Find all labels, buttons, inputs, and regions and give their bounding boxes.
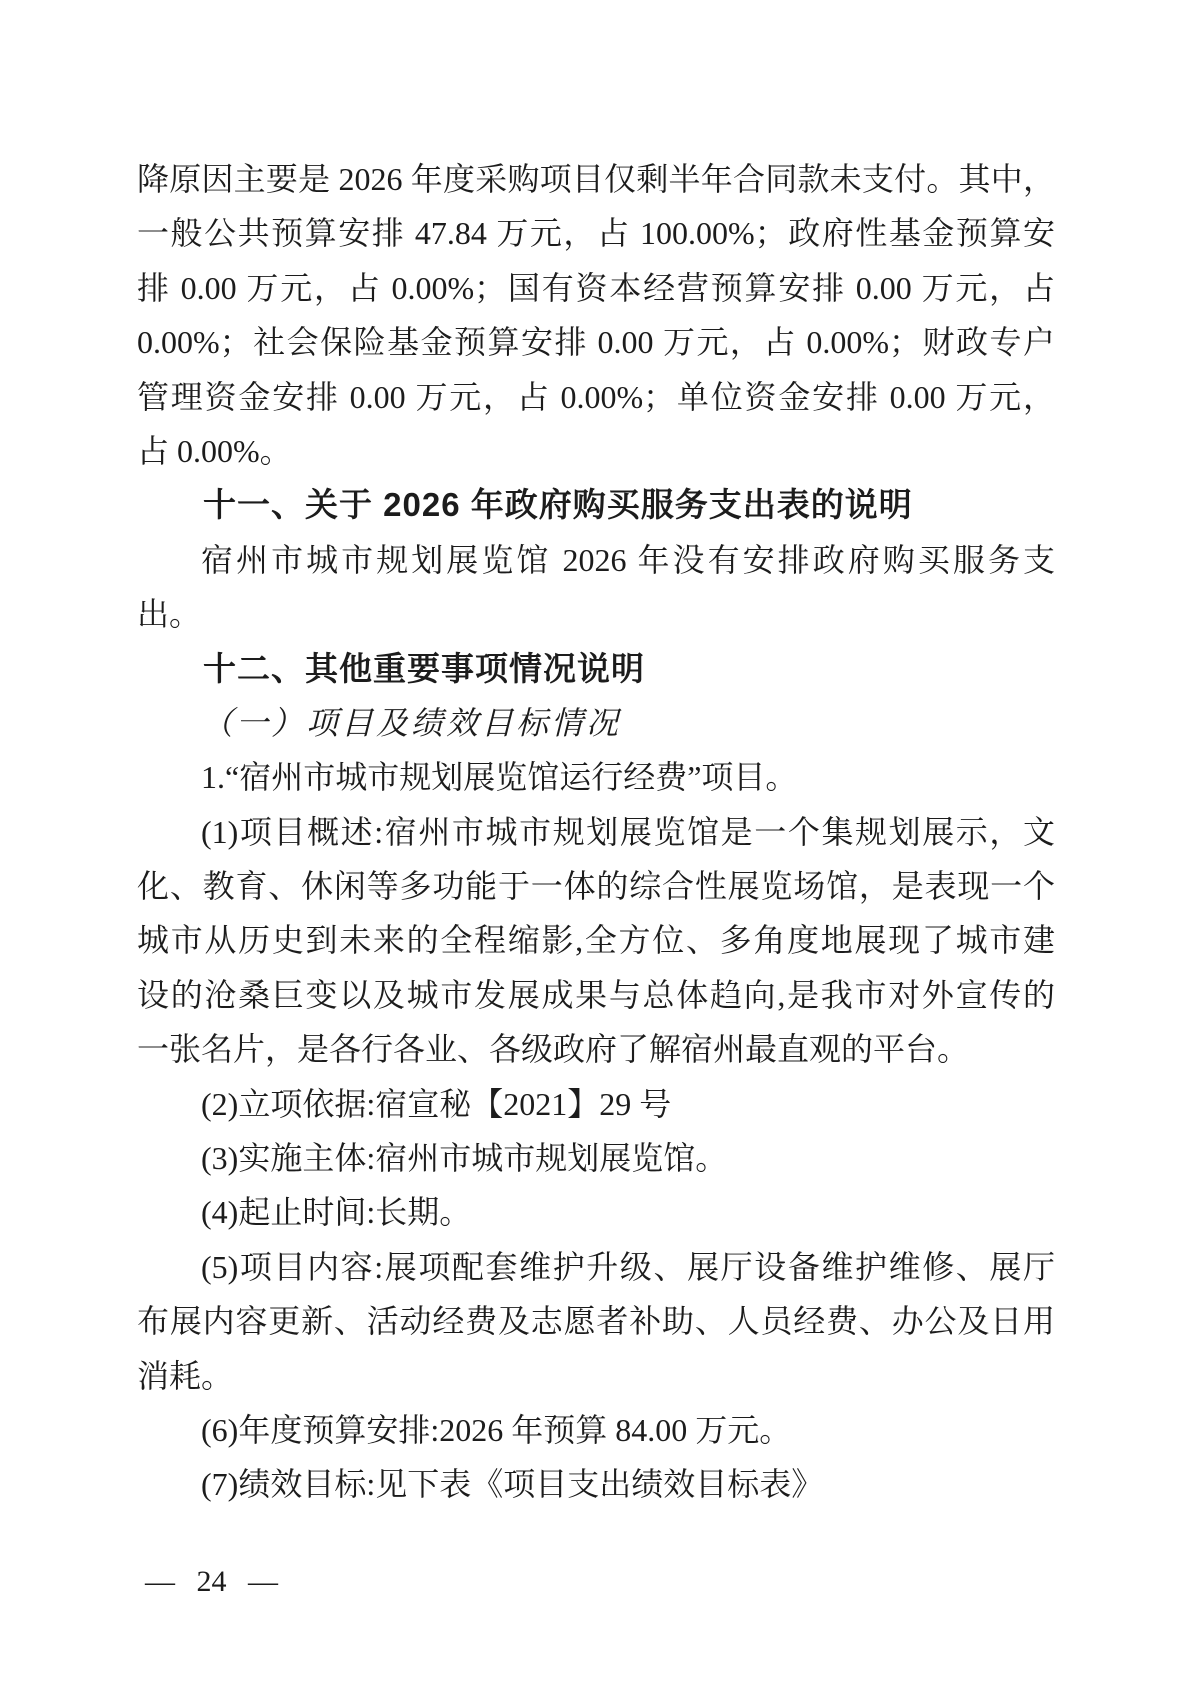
- document-page: 降原因主要是 2026 年度采购项目仅剩半年合同款未支付。其中， 一般公共预算安…: [0, 0, 1190, 1683]
- paragraph-line: 0.00%；社会保险基金预算安排 0.00 万元，占 0.00%；财政专户: [137, 315, 1055, 369]
- page-footer: — 24 —: [145, 1562, 278, 1602]
- paragraph-line: 一张名片，是各行各业、各级政府了解宿州最直观的平台。: [137, 1022, 1055, 1076]
- project-title-line: 1.“宿州市城市规划展览馆运行经费”项目。: [137, 750, 1055, 804]
- section-heading-12: 十二、其他重要事项情况说明: [137, 642, 1055, 696]
- footer-dash-left: —: [145, 1562, 175, 1602]
- subsection-heading: （一）项目及绩效目标情况: [137, 696, 1055, 750]
- list-item-line: (7)绩效目标:见下表《项目支出绩效目标表》: [137, 1457, 1055, 1511]
- paragraph-line: 城市从历史到未来的全程缩影,全方位、多角度地展现了城市建: [137, 913, 1055, 967]
- paragraph-line: 降原因主要是 2026 年度采购项目仅剩半年合同款未支付。其中，: [137, 152, 1055, 206]
- paragraph-line: 布展内容更新、活动经费及志愿者补助、人员经费、办公及日用: [137, 1294, 1055, 1348]
- paragraph-line: 排 0.00 万元，占 0.00%；国有资本经营预算安排 0.00 万元，占: [137, 261, 1055, 315]
- paragraph-line: 消耗。: [137, 1349, 1055, 1403]
- paragraph-line: 占 0.00%。: [137, 424, 1055, 478]
- section-heading-11: 十一、关于 2026 年政府购买服务支出表的说明: [137, 478, 1055, 532]
- paragraph-line: (1)项目概述:宿州市城市规划展览馆是一个集规划展示，文: [137, 805, 1055, 859]
- list-item-line: (2)立项依据:宿宣秘【2021】29 号: [137, 1077, 1055, 1131]
- paragraph-line: 设的沧桑巨变以及城市发展成果与总体趋向,是我市对外宣传的: [137, 968, 1055, 1022]
- page-number: 24: [197, 1562, 227, 1602]
- paragraph-line: 出。: [137, 587, 1055, 641]
- paragraph-line: 宿州市城市规划展览馆 2026 年没有安排政府购买服务支: [137, 533, 1055, 587]
- list-item-line: (5)项目内容:展项配套维护升级、展厅设备维护维修、展厅: [137, 1240, 1055, 1294]
- list-item-line: (4)起止时间:长期。: [137, 1185, 1055, 1239]
- paragraph-line: 管理资金安排 0.00 万元，占 0.00%；单位资金安排 0.00 万元，: [137, 370, 1055, 424]
- list-item-line: (6)年度预算安排:2026 年预算 84.00 万元。: [137, 1403, 1055, 1457]
- list-item-line: (3)实施主体:宿州市城市规划展览馆。: [137, 1131, 1055, 1185]
- footer-dash-right: —: [248, 1562, 278, 1602]
- paragraph-line: 一般公共预算安排 47.84 万元，占 100.00%；政府性基金预算安: [137, 206, 1055, 260]
- paragraph-line: 化、教育、休闲等多功能于一体的综合性展览场馆，是表现一个: [137, 859, 1055, 913]
- document-body: 降原因主要是 2026 年度采购项目仅剩半年合同款未支付。其中， 一般公共预算安…: [137, 152, 1055, 1512]
